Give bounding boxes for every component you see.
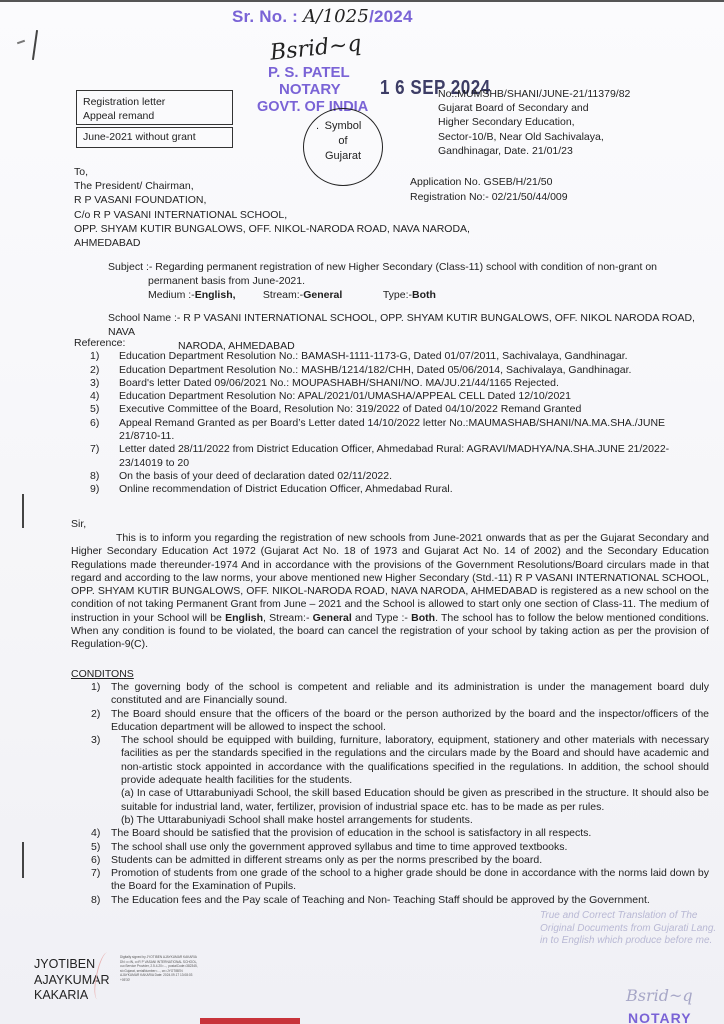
serial-year: /2024 xyxy=(369,7,413,26)
recipient-line: C/o R P VASANI INTERNATIONAL SCHOOL, xyxy=(74,208,470,222)
list-number: 8) xyxy=(91,894,100,907)
salutation: Sir, xyxy=(71,518,86,530)
list-item: 4)Education Department Resolution No: AP… xyxy=(74,390,704,403)
list-number: 5) xyxy=(91,841,100,854)
list-text: The Board should be satisfied that the p… xyxy=(111,827,591,839)
conditions-list: 1)The governing body of the school is co… xyxy=(71,681,709,907)
list-text: Promotion of students from one grade of … xyxy=(111,867,709,892)
list-text: Executive Committee of the Board, Resolu… xyxy=(119,403,581,415)
symbol-text: Gujarat xyxy=(304,149,382,164)
notary-stamp-bottom: NOTARY xyxy=(628,1010,692,1024)
school-text: R P VASANI INTERNATIONAL SCHOOL, OPP. SH… xyxy=(108,312,695,338)
reference-list: 1)Education Department Resolution No.: B… xyxy=(74,350,704,496)
list-item: 4)The Board should be satisfied that the… xyxy=(71,827,709,840)
grant-type-line: June-2021 without grant xyxy=(83,130,226,144)
school-label: School Name :- xyxy=(108,312,183,324)
list-text: The school should be equipped with build… xyxy=(121,734,709,786)
list-item: 8)The Education fees and the Pay scale o… xyxy=(71,894,709,907)
list-text: Education Department Resolution No.: BAM… xyxy=(119,350,628,362)
notary-name: P. S. PATEL xyxy=(268,64,350,81)
issuer-line: No.:MUMSHB/SHANI/JUNE-21/11379/82 xyxy=(438,87,630,101)
list-number: 4) xyxy=(90,390,99,403)
symbol-text: of xyxy=(304,134,382,149)
para-type: Both xyxy=(411,612,435,624)
list-number: 3) xyxy=(90,377,99,390)
list-text: Board's letter Dated 09/06/2021 No.: MOU… xyxy=(119,377,559,389)
subject-text: Regarding permanent registration of new … xyxy=(155,261,657,273)
issuer-line: Gandhinagar, Date. 21/01/23 xyxy=(438,144,630,158)
stream-label: Stream:- xyxy=(263,288,303,302)
para-text: , Stream:- xyxy=(263,612,313,624)
list-text: Online recommendation of District Educat… xyxy=(119,483,453,495)
list-item: 6)Students can be admitted in different … xyxy=(71,854,709,867)
list-number: 7) xyxy=(90,443,99,456)
list-number: 5) xyxy=(90,403,99,416)
stream-value: General xyxy=(303,289,342,301)
reference-block: Reference: 1)Education Department Resolu… xyxy=(74,337,704,497)
list-number: 9) xyxy=(90,483,99,496)
list-number: 7) xyxy=(91,867,100,880)
list-item: 7)Letter dated 28/11/2022 from District … xyxy=(74,443,704,470)
reference-heading: Reference: xyxy=(74,337,704,350)
issuer-line: Sector-10/B, Near Old Sachivalaya, xyxy=(438,130,630,144)
para-medium: English xyxy=(225,612,263,624)
red-stamp-edge xyxy=(200,1018,300,1024)
issuer-line: Higher Secondary Education, xyxy=(438,115,630,129)
para-stream: General xyxy=(313,612,352,624)
list-item: 5)The school shall use only the governme… xyxy=(71,841,709,854)
list-text: The Board should ensure that the officer… xyxy=(111,708,709,733)
list-text: On the basis of your deed of declaration… xyxy=(119,470,392,482)
list-item: 5)Executive Committee of the Board, Reso… xyxy=(74,403,704,416)
recipient-line: R P VASANI FOUNDATION, xyxy=(74,193,470,207)
list-text: Letter dated 28/11/2022 from District Ed… xyxy=(119,443,669,468)
list-text: The Education fees and the Pay scale of … xyxy=(111,894,650,906)
list-number: 2) xyxy=(91,708,100,721)
list-text: The school shall use only the government… xyxy=(111,841,567,853)
medium-label: Medium :- xyxy=(148,288,195,302)
recipient-line: OPP. SHYAM KUTIR BUNGALOWS, OFF. NIKOL-N… xyxy=(74,222,470,236)
list-text: Appeal Remand Granted as per Board’s Let… xyxy=(119,417,665,442)
recipient-line: The President/ Chairman, xyxy=(74,179,470,193)
list-item: 6)Appeal Remand Granted as per Board’s L… xyxy=(74,417,704,444)
list-number: 1) xyxy=(91,681,100,694)
conditions-block: 1)The governing body of the school is co… xyxy=(71,681,709,907)
type-label: Type:- xyxy=(383,288,412,302)
list-item: 1)Education Department Resolution No.: B… xyxy=(74,350,704,363)
list-text: The governing body of the school is comp… xyxy=(111,681,709,706)
list-text: Education Department Resolution No: APAL… xyxy=(119,390,571,402)
medium-value: English, xyxy=(195,289,236,301)
grant-type-box: June-2021 without grant xyxy=(76,127,233,148)
list-text: Education Department Resolution No.: MAS… xyxy=(119,364,631,376)
margin-mark xyxy=(22,842,24,878)
subject-block: Subject :- Regarding permanent registrat… xyxy=(108,260,698,303)
letter-type-line: Appeal remand xyxy=(83,109,226,123)
para-text: and Type :- xyxy=(352,612,411,624)
issuer-line: Gujarat Board of Secondary and xyxy=(438,101,630,115)
list-number: 4) xyxy=(91,827,100,840)
list-number: 2) xyxy=(90,364,99,377)
list-number: 6) xyxy=(91,854,100,867)
symbol-dot: . xyxy=(316,119,319,134)
serial-handwritten: A/1025 xyxy=(303,6,369,27)
list-item: 3)Board's letter Dated 09/06/2021 No.: M… xyxy=(74,377,704,390)
list-text: Students can be admitted in different st… xyxy=(111,854,542,866)
list-item: 8)On the basis of your deed of declarati… xyxy=(74,470,704,483)
para-text: This is to inform you regarding the regi… xyxy=(71,532,709,624)
issuer-address: No.:MUMSHB/SHANI/JUNE-21/11379/82 Gujara… xyxy=(438,87,630,158)
subject-attributes: Medium :-English, Stream:- General Type:… xyxy=(108,288,698,302)
list-subitem: (b) The Uttarabuniyadi School shall make… xyxy=(121,814,709,827)
recipient-address: To, The President/ Chairman, R P VASANI … xyxy=(74,165,470,250)
list-item: 2)Education Department Resolution No.: M… xyxy=(74,364,704,377)
bleed-through-stamp: True and Correct Translation of The Orig… xyxy=(540,910,720,948)
type-value: Both xyxy=(412,289,436,301)
serial-number-stamp: Sr. No. : A/1025/2024 xyxy=(232,6,413,27)
list-item: 7)Promotion of students from one grade o… xyxy=(71,867,709,894)
letter-type-box: Registration letter Appeal remand xyxy=(76,90,233,125)
list-item: 9)Online recommendation of District Educ… xyxy=(74,483,704,496)
letter-type-line: Registration letter xyxy=(83,95,226,109)
list-number: 1) xyxy=(90,350,99,363)
list-number: 8) xyxy=(90,470,99,483)
margin-mark xyxy=(22,494,24,528)
list-item: 2)The Board should ensure that the offic… xyxy=(71,708,709,735)
subject-label: Subject :- xyxy=(108,261,155,273)
list-number: 6) xyxy=(90,417,99,430)
bleed-through-signature: Bsrid~q xyxy=(626,986,693,1005)
subject-text: permanent basis from June-2021. xyxy=(108,274,698,288)
conditions-heading: CONDITONS xyxy=(71,668,134,680)
body-paragraph: This is to inform you regarding the regi… xyxy=(71,532,709,652)
list-item: 3)The school should be equipped with bui… xyxy=(71,734,709,827)
list-number: 3) xyxy=(91,734,100,747)
recipient-line: To, xyxy=(74,165,470,179)
recipient-line: AHMEDABAD xyxy=(74,236,470,250)
notary-title: NOTARY xyxy=(279,81,341,98)
serial-label: Sr. No. : xyxy=(232,7,298,26)
list-subitem: (a) In case of Uttarabuniyadi School, th… xyxy=(121,787,709,814)
digital-signature-details: Digitally signed by JYOTIBEN AJAYKUMAR K… xyxy=(120,955,200,983)
list-item: 1)The governing body of the school is co… xyxy=(71,681,709,708)
